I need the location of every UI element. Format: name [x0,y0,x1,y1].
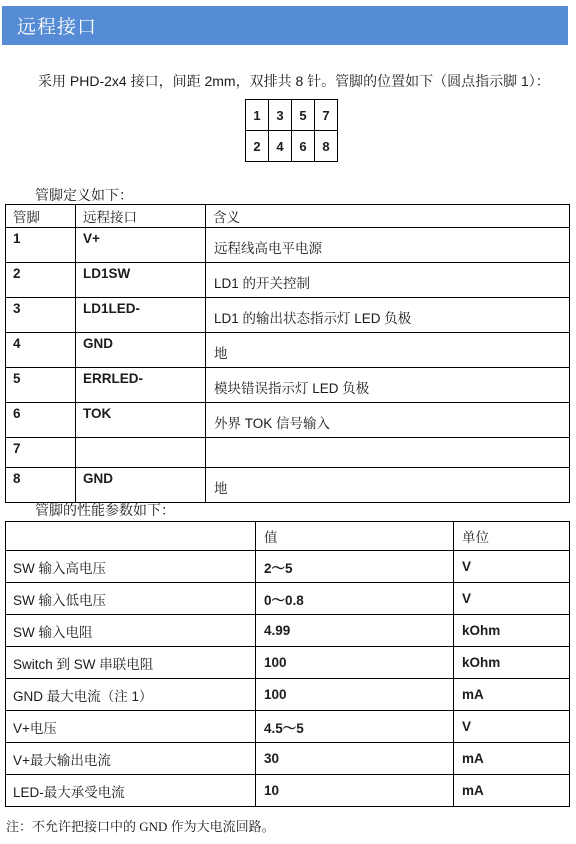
param-name: Switch 到 SW 串联电阻 [6,647,256,679]
table-row: SW 输入高电压 2～5 V [6,551,570,583]
param-unit: mA [454,743,570,775]
param-unit: V [454,711,570,743]
table-row: Switch 到 SW 串联电阻 100 kOhm [6,647,570,679]
pin-cell: 4 [269,131,292,162]
pin-cell: 6 [292,131,315,162]
pin-signal: V+ [76,228,206,263]
pin-number: 1 [6,228,76,263]
param-unit: kOhm [454,615,570,647]
column-header: 管脚 [6,205,76,228]
table-row: SW 输入电阻 4.99 kOhm [6,615,570,647]
pin-signal: ERRLED- [76,368,206,403]
param-name: GND 最大电流（注 1） [6,679,256,711]
pin-meaning [206,438,570,468]
param-name: V+电压 [6,711,256,743]
param-name: LED-最大承受电流 [6,775,256,807]
table-row: 6 TOK 外界 TOK 信号输入 [6,403,570,438]
pin-cell: 5 [292,100,315,131]
pin-meaning: 地 [206,468,570,503]
param-name: SW 输入低电压 [6,583,256,615]
pin-number: 8 [6,468,76,503]
table-header-row: 管脚 远程接口 含义 [6,205,570,228]
table-row: 3 LD1LED- LD1 的输出状态指示灯 LED 负极 [6,298,570,333]
table-row: SW 输入低电压 0～0.8 V [6,583,570,615]
pin-cell: 8 [315,131,338,162]
param-unit: kOhm [454,647,570,679]
column-header: 含义 [206,205,570,228]
table-row: V+最大输出电流 30 mA [6,743,570,775]
section-title: 远程接口 [2,12,97,39]
table-row: 7 [6,438,570,468]
param-table-caption: 管脚的性能参数如下： [35,500,175,520]
param-value: 30 [256,743,454,775]
pin-signal: GND [76,468,206,503]
pin-number: 4 [6,333,76,368]
param-unit: mA [454,679,570,711]
pin-signal: LD1LED- [76,298,206,333]
column-header: 值 [256,522,454,551]
pin-meaning: LD1 的开关控制 [206,263,570,298]
param-name: SW 输入电阻 [6,615,256,647]
pin-number: 6 [6,403,76,438]
param-value: 10 [256,775,454,807]
pin-number: 3 [6,298,76,333]
pin-signal: LD1SW [76,263,206,298]
table-row: V+电压 4.5～5 V [6,711,570,743]
param-name: SW 输入高电压 [6,551,256,583]
param-name: V+最大输出电流 [6,743,256,775]
pin-table-caption: 管脚定义如下： [35,185,133,205]
pin-definition-table: 管脚 远程接口 含义 1 V+ 远程线高电平电源 2 LD1SW LD1 的开关… [5,204,570,503]
param-value: 2～5 [256,551,454,583]
table-header-row: 值 单位 [6,522,570,551]
param-unit: V [454,551,570,583]
param-value: 0～0.8 [256,583,454,615]
param-value: 4.99 [256,615,454,647]
table-row: 8 GND 地 [6,468,570,503]
pin-grid-row: 1 3 5 7 [246,100,338,131]
table-row: GND 最大电流（注 1） 100 mA [6,679,570,711]
param-value: 100 [256,647,454,679]
column-header [6,522,256,551]
pin-cell: 3 [269,100,292,131]
document-page: 远程接口 采用 PHD-2x4 接口，间距 2mm，双排共 8 针。管脚的位置如… [0,0,576,844]
intro-paragraph: 采用 PHD-2x4 接口，间距 2mm，双排共 8 针。管脚的位置如下（圆点指… [38,71,550,91]
section-banner: 远程接口 [2,6,568,45]
table-row: 1 V+ 远程线高电平电源 [6,228,570,263]
pin-signal: TOK [76,403,206,438]
pin-signal [76,438,206,468]
column-header: 单位 [454,522,570,551]
pin-grid-row: 2 4 6 8 [246,131,338,162]
pin-number: 5 [6,368,76,403]
param-unit: mA [454,775,570,807]
table-row: 2 LD1SW LD1 的开关控制 [6,263,570,298]
param-unit: V [454,583,570,615]
pin-meaning: 地 [206,333,570,368]
pin-cell: 7 [315,100,338,131]
pin-number: 7 [6,438,76,468]
pin-cell: 1 [246,100,269,131]
column-header: 远程接口 [76,205,206,228]
pin-meaning: 外界 TOK 信号输入 [206,403,570,438]
pin-position-grid: 1 3 5 7 2 4 6 8 [245,99,338,162]
pin-number: 2 [6,263,76,298]
pin-cell: 2 [246,131,269,162]
table-row: LED-最大承受电流 10 mA [6,775,570,807]
pin-meaning: 模块错误指示灯 LED 负极 [206,368,570,403]
pin-meaning: 远程线高电平电源 [206,228,570,263]
pin-signal: GND [76,333,206,368]
pin-parameter-table: 值 单位 SW 输入高电压 2～5 V SW 输入低电压 0～0.8 V SW … [5,521,570,807]
table-row: 4 GND 地 [6,333,570,368]
table-row: 5 ERRLED- 模块错误指示灯 LED 负极 [6,368,570,403]
footnote: 注：不允许把接口中的 GND 作为大电流回路。 [6,816,275,835]
pin-meaning: LD1 的输出状态指示灯 LED 负极 [206,298,570,333]
param-value: 4.5～5 [256,711,454,743]
param-value: 100 [256,679,454,711]
